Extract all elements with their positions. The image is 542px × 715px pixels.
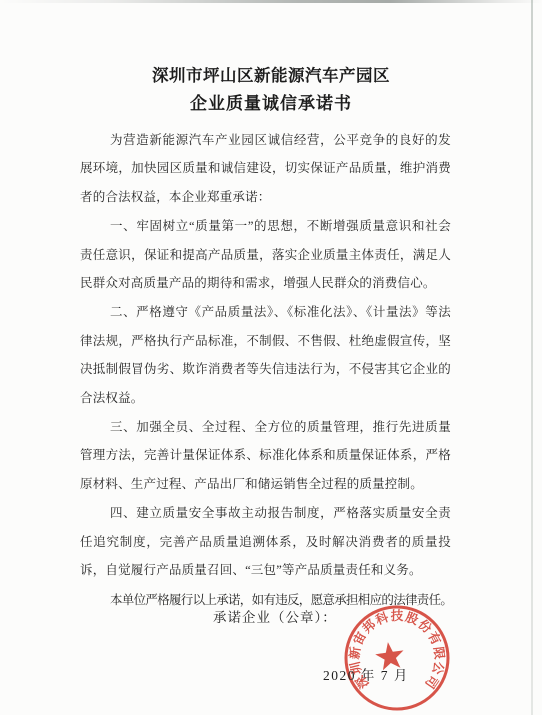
seal-graphic: 深圳新宙邦科技股份有限公司	[340, 601, 454, 715]
paper-edge-line	[531, 0, 533, 715]
company-seal-stamp: 深圳新宙邦科技股份有限公司	[340, 601, 454, 715]
title-line-1: 深圳市坪山区新能源汽车产园区	[56, 62, 486, 90]
signature-label: 承诺企业（公章）：	[213, 606, 337, 626]
paragraph-item-2: 二、严格遵守《产品质量法》、《标准化法》、《计量法》等法律法规，严格执行产品标准…	[80, 298, 451, 412]
paragraph-item-1: 一、牢固树立“质量第一”的思想，不断增强质量意识和社会责任意识，保证和提高产品质…	[80, 212, 451, 297]
svg-text:公: 公	[429, 660, 446, 676]
paragraph-item-4: 四、建立质量安全事故主动报告制度，严格落实质量安全责任追究制度，完善产品质量追溯…	[80, 499, 451, 584]
svg-text:新: 新	[347, 645, 363, 660]
paragraph-item-3: 三、加强全员、全过程、全方位的质量管理，推行先进质量管理方法，完善计量保证体系、…	[80, 413, 451, 498]
scanned-document-page: 深圳市坪山区新能源汽车产园区 企业质量诚信承诺书 为营造新能源汽车产业园区诚信经…	[0, 0, 542, 715]
document-body: 为营造新能源汽车产业园区诚信经营，公平竞争的良好的发展环境，加快园区质量和诚信建…	[80, 126, 451, 615]
date-text: 2020 年 7 月	[323, 664, 409, 684]
svg-text:技: 技	[390, 608, 404, 623]
document-title: 深圳市坪山区新能源汽车产园区 企业质量诚信承诺书	[56, 62, 486, 118]
scan-artifact-top-edge	[0, 0, 542, 3]
paragraph-intro: 为营造新能源汽车产业园区诚信经营，公平竞争的良好的发展环境，加快园区质量和诚信建…	[80, 126, 451, 211]
title-line-2: 企业质量诚信承诺书	[56, 90, 486, 118]
svg-text:限: 限	[431, 646, 446, 661]
